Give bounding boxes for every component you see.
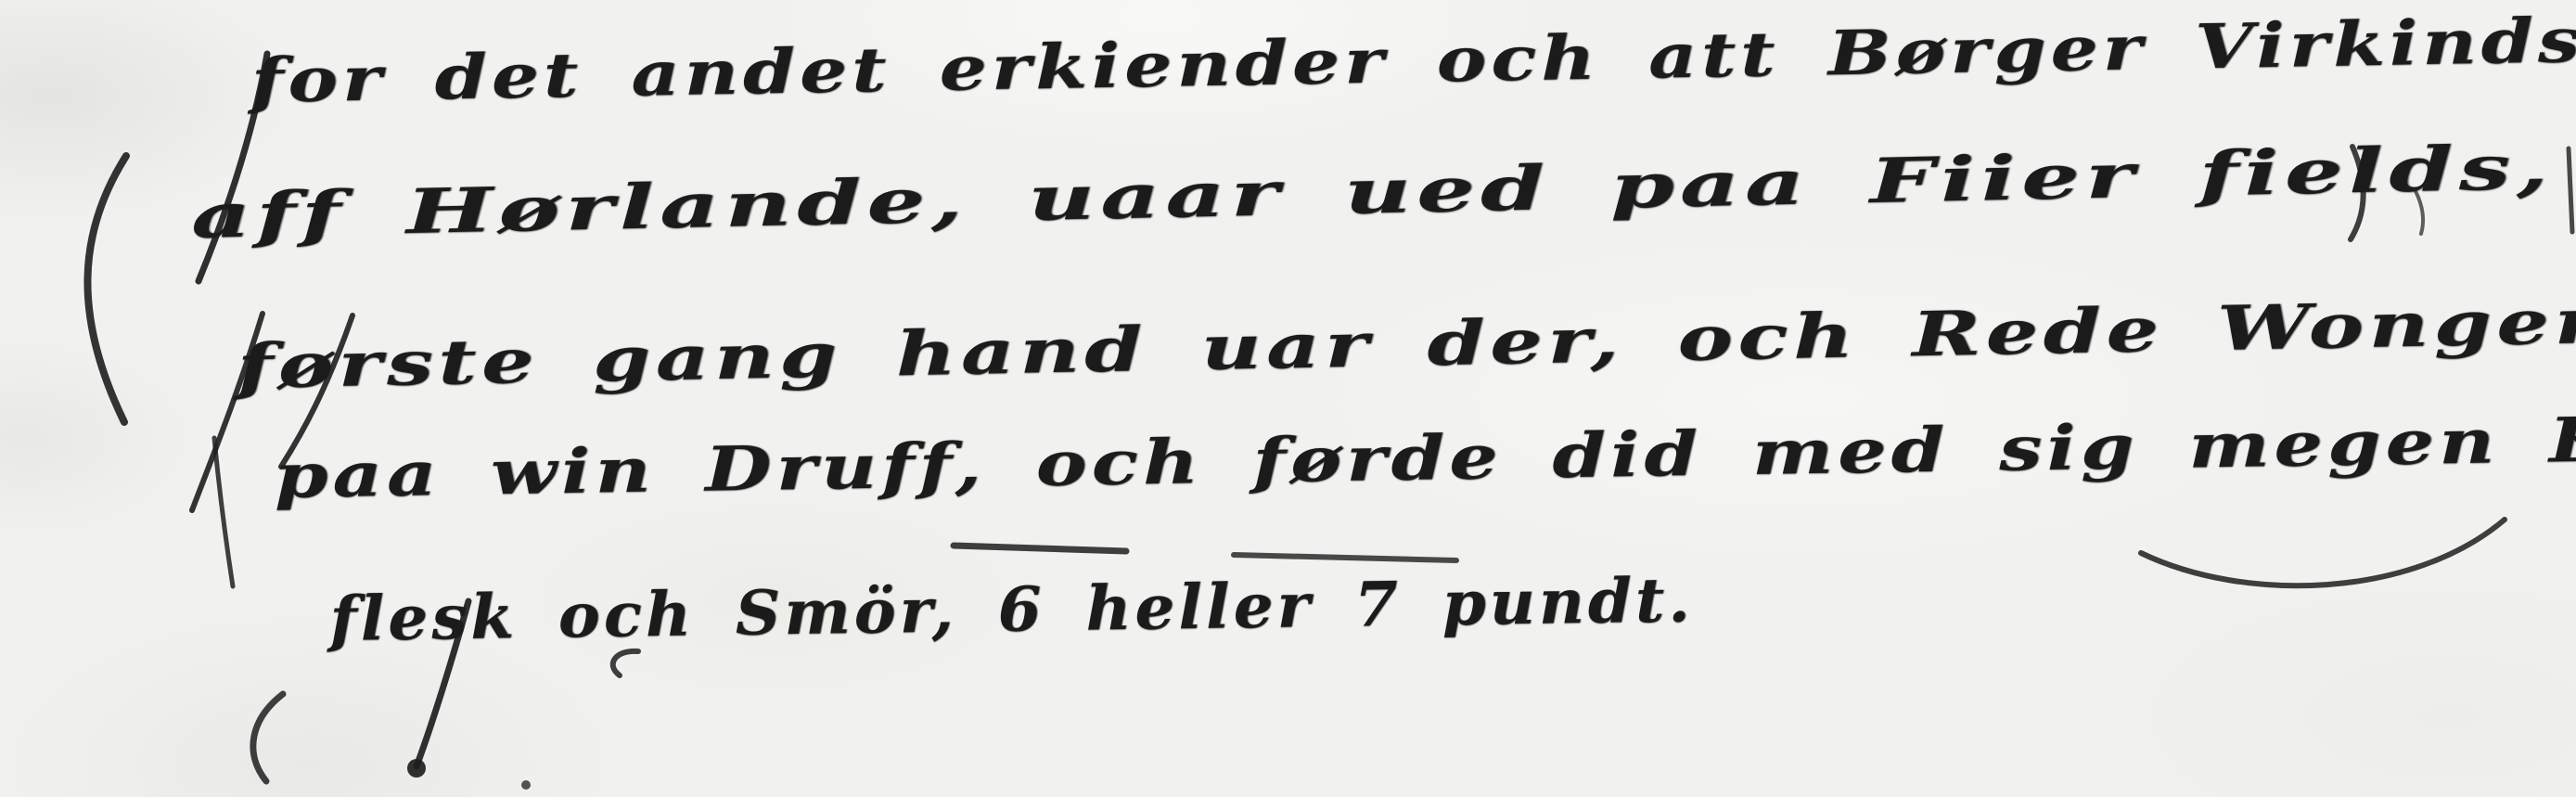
manuscript-line-1: for det andet erkiender och att Børger V… xyxy=(250,0,2576,125)
manuscript-line-4: paa win Druff, och førde did med sig meg… xyxy=(274,392,2576,521)
flourish-tail-line4 xyxy=(2141,520,2505,585)
flourish-slash-line4 xyxy=(214,438,233,586)
manuscript-page: for det andet erkiender och att Børger V… xyxy=(0,0,2576,797)
manuscript-line-3: første gang hand uar der, och Rede Wonge… xyxy=(237,272,2576,411)
flourish-left-parenthesis xyxy=(87,156,126,422)
filler-dash-1 xyxy=(954,546,1126,551)
ink-blot-2 xyxy=(521,780,531,790)
manuscript-line-2: aff Hørlande, uaar ued paa Fiier fields,… xyxy=(190,117,2576,261)
manuscript-line-5: flesk och Smör, 6 heller 7 pundt. xyxy=(329,556,1694,663)
flourish-left-parenthesis-bottom xyxy=(253,694,283,781)
ink-blot-1 xyxy=(407,759,426,778)
